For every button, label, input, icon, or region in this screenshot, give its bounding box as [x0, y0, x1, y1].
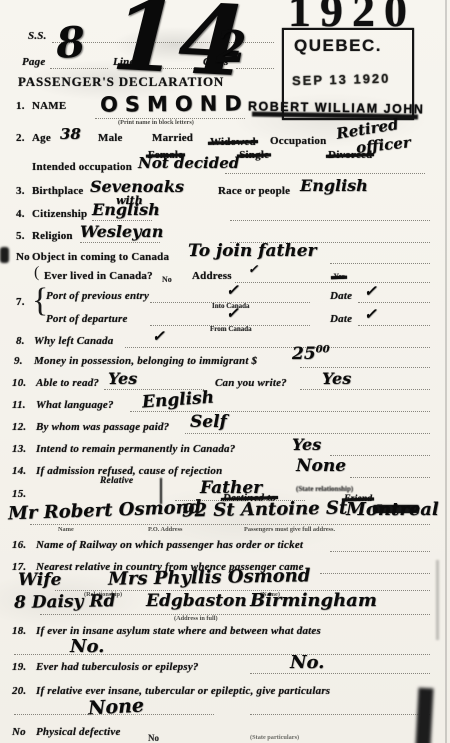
physical-defective-label: Physical defective: [36, 726, 121, 738]
destined-addressee-value: Mr Robert Osmond: [8, 497, 202, 525]
dotted-line: [330, 262, 430, 264]
marital-divorced-option: Divorced: [328, 149, 372, 161]
why-left-tick: ✓: [152, 327, 165, 345]
age-value: 38: [60, 125, 81, 143]
dotted-line: [320, 572, 430, 574]
railway-label: Name of Railway on which passenger has o…: [36, 539, 303, 551]
marital-married-option: Married: [152, 132, 193, 144]
dotted-line: [300, 388, 430, 390]
rejection-value: None: [296, 456, 346, 476]
ss-label: S.S.: [28, 30, 47, 42]
state-particulars-note: (State particulars): [250, 734, 299, 741]
destined-relative-option: Relative: [100, 476, 133, 486]
dotted-line: [14, 713, 214, 715]
intended-occupation-value: Not decided: [138, 154, 239, 172]
date-previous-tick: ✓: [364, 282, 377, 300]
field-3-number: 3.: [16, 185, 25, 197]
dotted-line: [125, 346, 430, 348]
relative-insane-label: If relative ever insane, tubercular or e…: [36, 685, 330, 697]
class-value-handwritten: 2: [216, 22, 247, 73]
destined-full-address-note: Passengers must give full address.: [244, 526, 335, 533]
field-12-number: 12.: [12, 421, 26, 433]
object-value: To join father: [188, 241, 317, 261]
dotted-line: [250, 672, 430, 674]
remain-value: Yes: [292, 435, 321, 454]
language-label: What language?: [36, 399, 114, 411]
money-label: Money in possession, belonging to immigr…: [34, 355, 257, 367]
intended-occupation-label: Intended occupation: [32, 161, 132, 173]
destined-po-address-sublabel: P.O. Address: [148, 526, 182, 533]
field-4-number: 4.: [16, 208, 25, 220]
why-left-label: Why left Canada: [34, 335, 113, 347]
field-21-number: No: [12, 726, 26, 738]
nearest-address1-value: 8 Daisy Rd: [14, 591, 116, 613]
stamp-date: SEP 13 1920: [292, 71, 391, 89]
scan-artifact: [445, 0, 447, 743]
dotted-line: [358, 301, 430, 303]
dotted-line: [80, 241, 160, 243]
field-18-number: 18.: [12, 625, 26, 637]
name-note: (Print name in block letters): [118, 119, 194, 126]
field-14-number: 14.: [12, 465, 26, 477]
dotted-line: [92, 219, 152, 221]
dotted-line: [225, 172, 425, 174]
surname-value: OSMOND: [100, 91, 249, 116]
nearest-address3-value: Birmingham: [250, 590, 377, 611]
passage-paid-value: Self: [190, 412, 227, 432]
can-write-label: Can you write?: [215, 377, 287, 389]
can-write-value: Yes: [322, 369, 351, 388]
ever-lived-label: Ever lived in Canada?: [44, 270, 153, 282]
field-11-number: 11.: [12, 399, 26, 411]
address-in-full-sublabel: (Address in full): [174, 615, 218, 622]
birthplace-label: Birthplace: [32, 185, 84, 197]
field-20-number: 20.: [12, 685, 26, 697]
destined-relationship-value: Father: [200, 478, 262, 498]
field-7-number: 7.: [16, 296, 25, 308]
address-tick: ✓: [248, 262, 258, 276]
race-label: Race or people: [218, 185, 290, 197]
port-departure-label: Port of departure: [46, 313, 128, 325]
sex-male-option: Male: [98, 132, 123, 144]
field-5-number: 5.: [16, 230, 25, 242]
scan-artifact: [0, 247, 9, 263]
passage-paid-label: By whom was passage paid?: [36, 421, 169, 433]
dotted-line: [300, 366, 430, 368]
nearest-relationship-value: Wife: [18, 570, 61, 590]
field-9-number: 9.: [14, 355, 23, 367]
field-13-number: 13.: [12, 443, 26, 455]
dotted-line: [185, 432, 430, 434]
date-departure-tick: ✓: [364, 305, 377, 323]
tuberculosis-label: Ever had tuberculosis or epilepsy?: [36, 661, 199, 673]
port-previous-entry-label: Port of previous entry: [46, 290, 149, 302]
occupation-label: Occupation: [270, 135, 326, 147]
dotted-line: [30, 523, 430, 525]
marital-single-option: Single: [239, 149, 269, 161]
nearest-address2-value: Edgbaston: [146, 591, 247, 611]
field-1-number: 1.: [16, 100, 25, 112]
stamp-city: QUEBEC.: [294, 36, 382, 56]
date-label: Date: [330, 290, 352, 302]
field-16-number: 16.: [12, 539, 26, 551]
from-canada-sublabel: From Canada: [210, 325, 252, 333]
date-label-2: Date: [330, 313, 352, 325]
ever-lived-yes-option: Yes: [333, 272, 345, 281]
citizenship-label: Citizenship: [32, 208, 87, 220]
passenger-declaration-document: 1920 QUEBEC. SEP 13 1920 S.S. Page Line …: [0, 0, 450, 743]
race-value: English: [300, 176, 368, 195]
ever-lived-no-option: No: [162, 275, 172, 284]
physical-no-option: No: [148, 733, 159, 743]
dotted-line: [130, 410, 430, 412]
destined-city-value: Montreal: [346, 499, 439, 520]
page-value-handwritten: 8: [54, 17, 87, 68]
field-15-number: 15.: [12, 488, 26, 500]
field-8-number: 8.: [16, 335, 25, 347]
money-value: 2500: [292, 344, 330, 364]
dotted-line: [250, 713, 430, 715]
able-to-read-value: Yes: [108, 369, 137, 388]
page-label: Page: [22, 56, 45, 68]
field-19-number: 19.: [12, 661, 26, 673]
nearest-name-value: Mrs Phyllis Osmond: [108, 565, 311, 590]
relative-insane-value: None: [87, 695, 144, 720]
able-to-read-label: Able to read?: [36, 377, 99, 389]
document-title: PASSENGER'S DECLARATION: [18, 74, 224, 90]
object-label: Object in coming to Canada: [32, 251, 169, 263]
tuberculosis-value: No.: [290, 652, 324, 673]
scan-artifact: [436, 560, 439, 640]
marital-widowed-option: Widowed: [210, 136, 256, 148]
language-value: English: [141, 388, 214, 413]
dotted-line: [358, 324, 430, 326]
state-relationship-note: (State relationship): [296, 485, 353, 493]
dotted-line: [235, 281, 430, 283]
dotted-line: [330, 550, 430, 552]
dotted-line: [230, 219, 430, 221]
dotted-line: [14, 653, 430, 655]
brace: (: [34, 264, 39, 282]
dotted-line: [40, 613, 430, 615]
scan-artifact: [415, 688, 433, 743]
field-10-number: 10.: [12, 377, 26, 389]
field-6-number: No: [16, 251, 30, 263]
field-2-number: 2.: [16, 132, 25, 144]
name-label: NAME: [32, 100, 66, 112]
port-departure-tick: ✓: [226, 304, 239, 322]
religion-label: Religion: [32, 230, 73, 242]
religion-value: Wesleyan: [80, 222, 163, 241]
port-previous-tick: ✓: [226, 281, 239, 299]
citizenship-value: English: [92, 200, 160, 219]
age-label: Age: [32, 132, 51, 144]
remain-label: Intend to remain permanently in Canada?: [36, 443, 235, 455]
destined-name-sublabel: Name: [58, 526, 74, 533]
destined-address-value: 92 St Antoine St: [182, 498, 348, 522]
dotted-line: [350, 476, 430, 478]
